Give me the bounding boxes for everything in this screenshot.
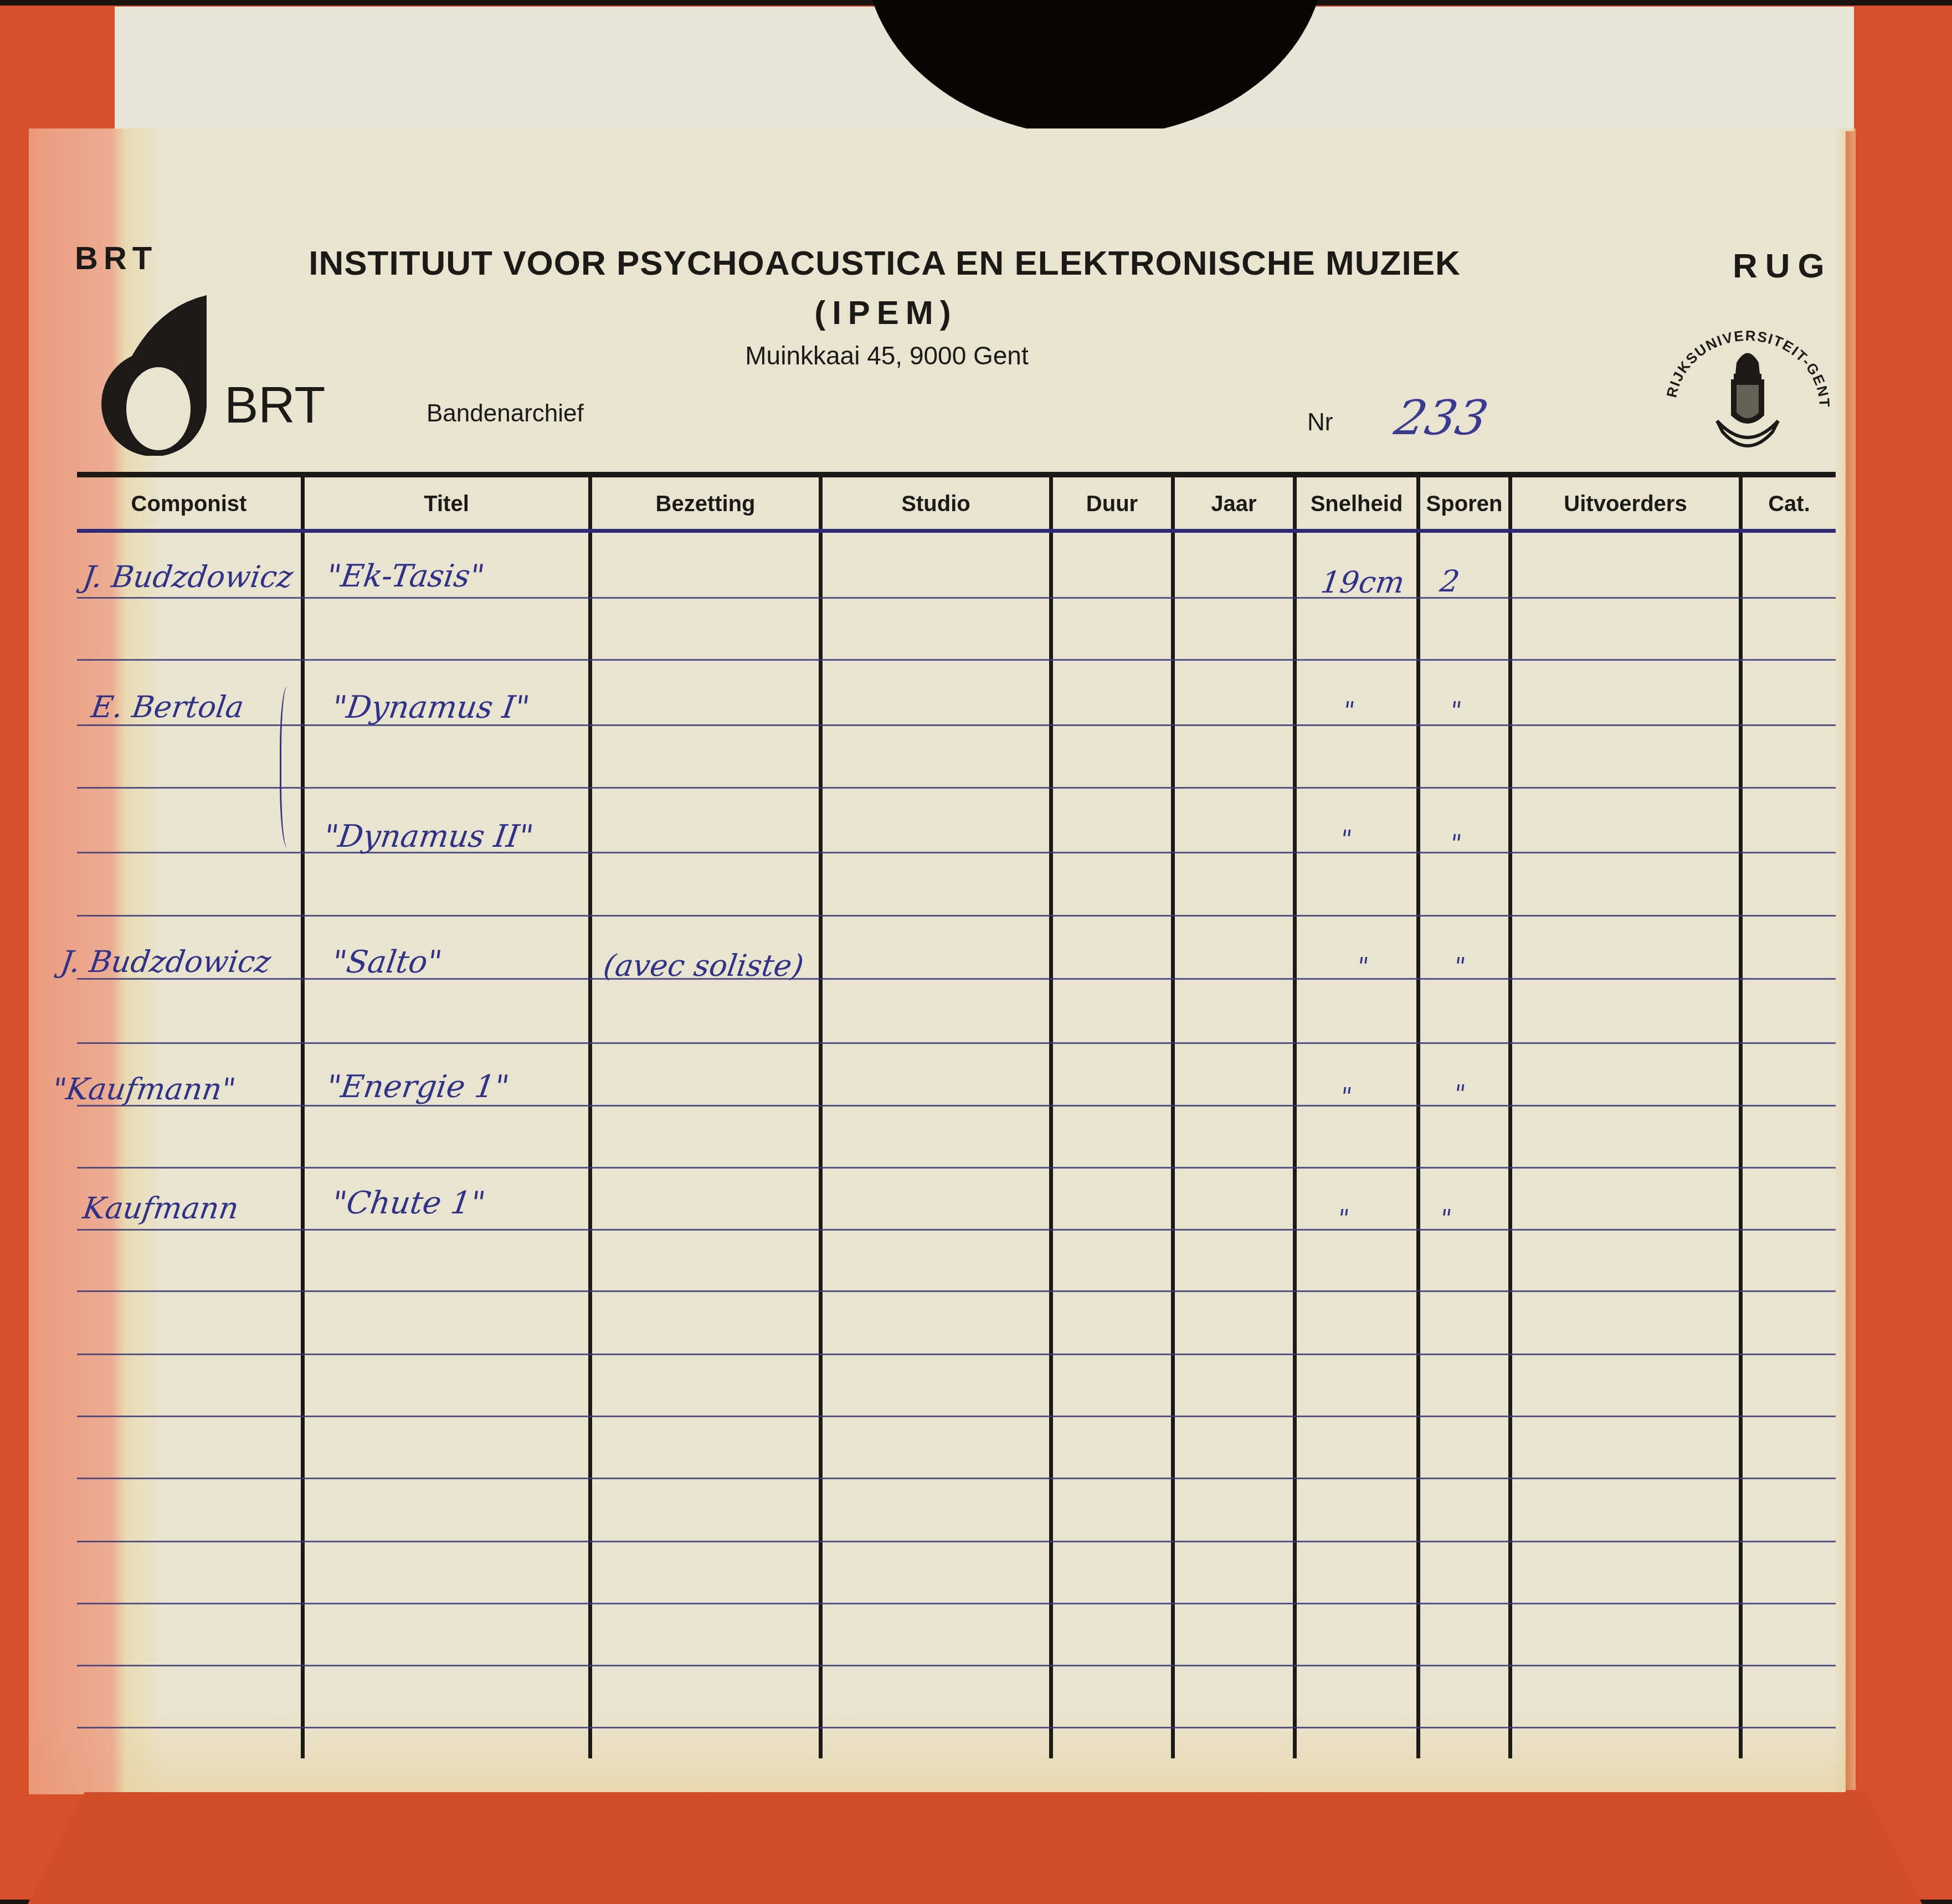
brt-logo-icon xyxy=(99,295,209,456)
row-rule xyxy=(77,1042,1836,1044)
grouping-brace xyxy=(280,687,298,847)
column-divider xyxy=(1416,474,1420,1758)
column-divider xyxy=(1508,474,1512,1758)
col-header-studio: Studio xyxy=(823,492,1049,517)
entry-composer: J. Budzdowicz xyxy=(81,559,295,594)
column-divider xyxy=(1293,474,1297,1758)
column-divider xyxy=(1171,474,1175,1758)
row-rule xyxy=(77,659,1836,661)
row-rule xyxy=(77,1105,1836,1107)
row-rule xyxy=(77,1478,1836,1479)
row-rule xyxy=(77,597,1836,599)
row-rule xyxy=(77,1665,1836,1666)
column-divider xyxy=(588,474,592,1758)
row-rule xyxy=(77,1416,1836,1417)
number-label: Nr xyxy=(1307,409,1333,436)
row-rule xyxy=(77,787,1836,789)
entry-title: "Salto" xyxy=(330,944,444,980)
entry-title: "Ek-Tasis" xyxy=(324,558,486,594)
column-divider xyxy=(1049,474,1053,1758)
row-rule xyxy=(77,1727,1836,1728)
col-header-jaar: Jaar xyxy=(1175,492,1293,517)
col-header-uitvoerders: Uitvoerders xyxy=(1512,492,1739,517)
col-header-sporen: Sporen xyxy=(1420,492,1508,517)
entry-title: "Chute 1" xyxy=(330,1185,487,1221)
col-header-snelheid: Snelheid xyxy=(1297,492,1416,517)
col-header-componist: Componist xyxy=(77,492,301,517)
entry-composer: Kaufmann xyxy=(81,1191,241,1226)
institute-title: INSTITUUT VOOR PSYCHOACUSTICA EN ELEKTRO… xyxy=(0,244,1952,283)
table-top-rule xyxy=(77,472,1836,477)
inner-sleeve-flap xyxy=(115,7,1854,131)
col-header-cat: Cat. xyxy=(1743,492,1836,517)
entry-composer: E. Bertola xyxy=(89,689,246,724)
box-bottom-flap xyxy=(28,1792,1922,1904)
entry-speed: 19cm xyxy=(1319,565,1407,600)
entry-title: "Dynamus II" xyxy=(321,819,536,855)
column-divider xyxy=(301,474,305,1758)
entry-title: "Energie 1" xyxy=(324,1069,511,1105)
archive-label: Bandenarchief xyxy=(427,400,584,428)
row-rule xyxy=(77,1229,1836,1231)
entry-instrumentation: (avec soliste) xyxy=(602,948,806,983)
col-header-titel: Titel xyxy=(305,492,588,517)
row-rule xyxy=(77,915,1836,917)
col-header-bezetting: Bezetting xyxy=(592,492,819,517)
number-value: 233 xyxy=(1390,390,1492,446)
entry-composer: "Kaufmann" xyxy=(50,1072,238,1107)
entry-title: "Dynamus I" xyxy=(330,689,531,725)
row-rule xyxy=(77,1603,1836,1604)
header-underline xyxy=(77,529,1836,533)
card-edge-stain xyxy=(1833,128,1856,1790)
reel-hub-cutout xyxy=(865,0,1325,137)
row-rule xyxy=(77,1354,1836,1355)
brt-logo-text: BRT xyxy=(224,377,325,435)
col-header-duur: Duur xyxy=(1053,492,1171,517)
row-rule xyxy=(77,1290,1836,1292)
university-seal-icon: RIJKSUNIVERSITEIT-GENT xyxy=(1659,324,1836,457)
entry-composer: J. Budzdowicz xyxy=(59,944,273,979)
row-rule xyxy=(77,1541,1836,1542)
column-divider xyxy=(819,474,823,1758)
row-rule xyxy=(77,1167,1836,1169)
column-divider xyxy=(1739,474,1743,1758)
